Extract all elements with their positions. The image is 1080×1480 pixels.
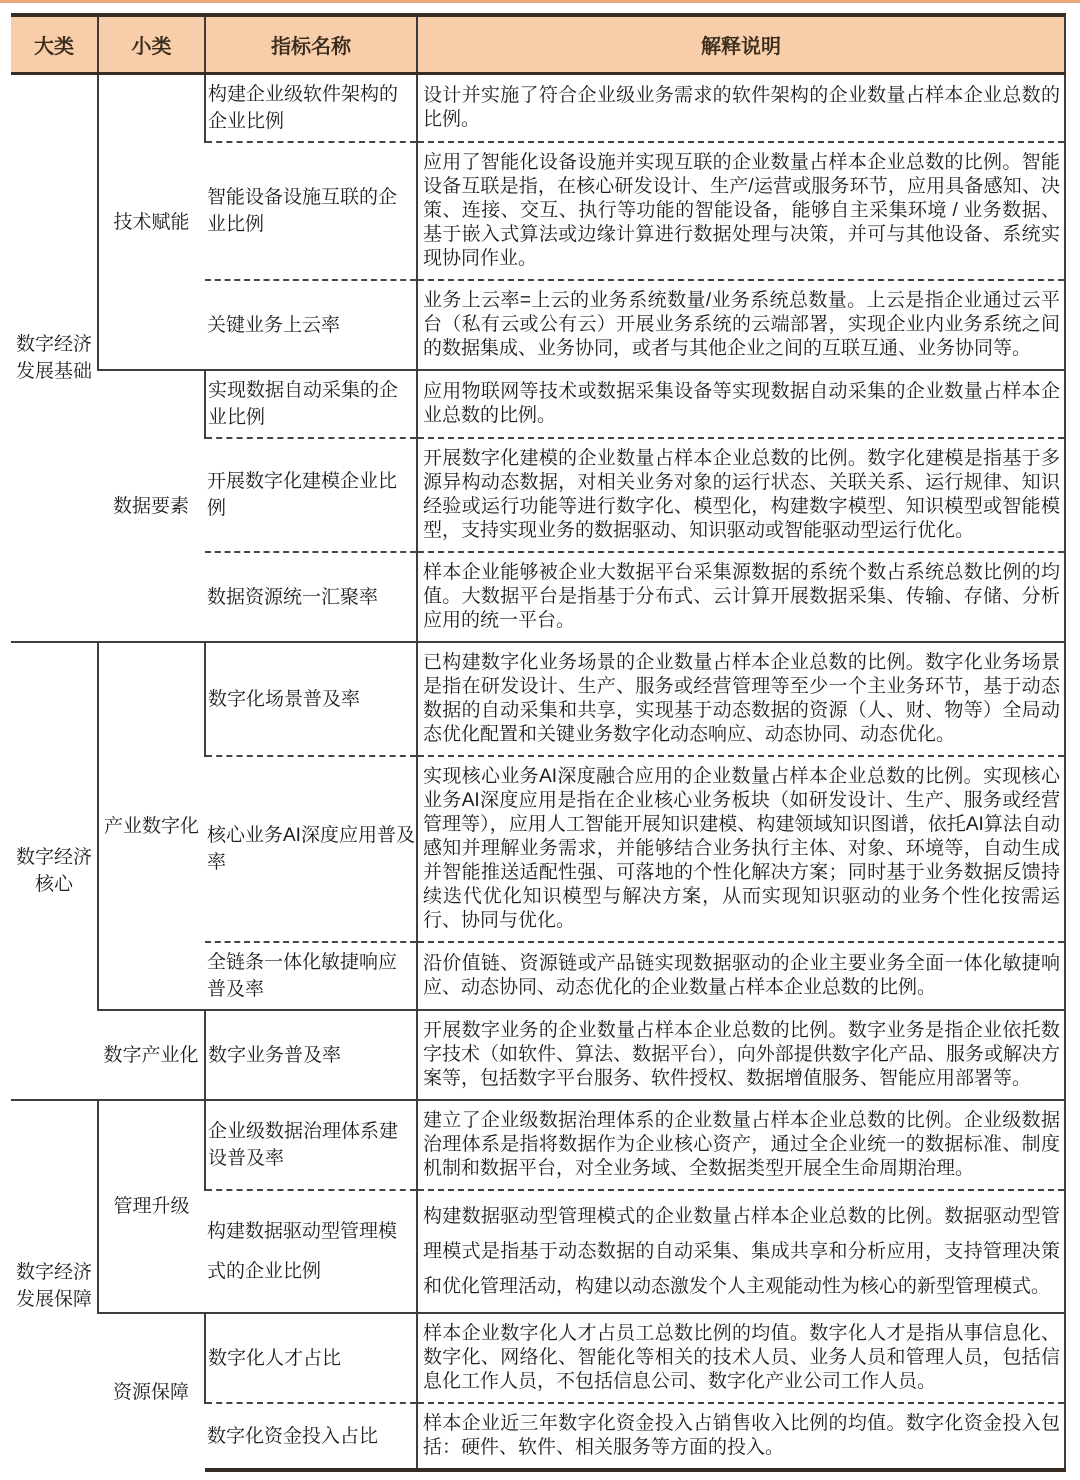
image-top-border — [0, 0, 1080, 3]
indicator-cell: 数字化人才占比 — [205, 1313, 417, 1403]
indicator-cell: 数字化资金投入占比 — [205, 1403, 417, 1470]
subcategory-cell: 数字产业化 — [98, 1010, 205, 1100]
indicator-cell: 核心业务AI深度应用普及率 — [205, 756, 417, 942]
subcategory-cell: 技术赋能 — [98, 74, 205, 371]
table-row: 数字经济核心 产业数字化 数字化场景普及率 已构建数字化业务场景的企业数量占样本… — [11, 642, 1065, 756]
explanation-cell: 样本企业近三年数字化资金投入占销售收入比例的均值。数字化资金投入包括：硬件、软件… — [417, 1403, 1065, 1470]
header-row: 大类 小类 指标名称 解释说明 — [11, 15, 1065, 74]
explanation-cell: 实现核心业务AI深度融合应用的企业数量占样本企业总数的比例。实现核心业务AI深度… — [417, 756, 1065, 942]
explanation-cell: 业务上云率=上云的业务系统数量/业务系统总数量。上云是指企业通过云平台（私有云或… — [417, 280, 1065, 370]
category-cell: 数字经济发展保障 — [11, 1100, 98, 1470]
explanation-cell: 开展数字业务的企业数量占样本企业总数的比例。数字业务是指企业依托数字技术（如软件… — [417, 1010, 1065, 1100]
header-category: 大类 — [11, 15, 98, 74]
explanation-cell: 应用了智能化设备设施并实现互联的企业数量占样本企业总数的比例。智能设备互联是指，… — [417, 142, 1065, 280]
indicator-cell: 构建数据驱动型管理模式的企业比例 — [205, 1190, 417, 1313]
table-row: 数字产业化 数字业务普及率 开展数字业务的企业数量占样本企业总数的比例。数字业务… — [11, 1010, 1065, 1100]
explanation-cell: 样本企业能够被企业大数据平台采集源数据的系统个数占系统总数比例的均值。大数据平台… — [417, 552, 1065, 642]
explanation-cell: 样本企业数字化人才占员工总数比例的均值。数字化人才是指从事信息化、数字化、网络化… — [417, 1313, 1065, 1403]
explanation-cell: 设计并实施了符合企业级业务需求的软件架构的企业数量占样本企业总数的比例。 — [417, 74, 1065, 143]
explanation-cell: 建立了企业级数据治理体系的企业数量占样本企业总数的比例。企业级数据治理体系是指将… — [417, 1100, 1065, 1190]
table-row: 数字经济发展基础 技术赋能 构建企业级软件架构的企业比例 设计并实施了符合企业级… — [11, 74, 1065, 143]
header-explanation: 解释说明 — [417, 15, 1065, 74]
subcategory-cell: 资源保障 — [98, 1313, 205, 1470]
subcategory-cell: 管理升级 — [98, 1100, 205, 1313]
indicator-cell: 数字业务普及率 — [205, 1010, 417, 1100]
table-row: 数字经济发展保障 管理升级 企业级数据治理体系建设普及率 建立了企业级数据治理体… — [11, 1100, 1065, 1190]
subcategory-cell: 数据要素 — [98, 370, 205, 642]
indicator-table: 大类 小类 指标名称 解释说明 数字经济发展基础 技术赋能 构建企业级软件架构的… — [11, 13, 1066, 1472]
indicator-cell: 开展数字化建模企业比例 — [205, 438, 417, 552]
indicator-cell: 构建企业级软件架构的企业比例 — [205, 74, 417, 143]
category-cell: 数字经济核心 — [11, 642, 98, 1100]
indicator-cell: 企业级数据治理体系建设普及率 — [205, 1100, 417, 1190]
header-subcategory: 小类 — [98, 15, 205, 74]
indicator-cell: 全链条一体化敏捷响应普及率 — [205, 942, 417, 1010]
indicator-cell: 实现数据自动采集的企业比例 — [205, 370, 417, 438]
indicator-cell: 智能设备设施互联的企业比例 — [205, 142, 417, 280]
category-cell: 数字经济发展基础 — [11, 74, 98, 643]
indicator-cell: 数据资源统一汇聚率 — [205, 552, 417, 642]
document-page: 大类 小类 指标名称 解释说明 数字经济发展基础 技术赋能 构建企业级软件架构的… — [0, 0, 1080, 1472]
explanation-cell: 已构建数字化业务场景的企业数量占样本企业总数的比例。数字化业务场景是指在研发设计… — [417, 642, 1065, 756]
table-row: 资源保障 数字化人才占比 样本企业数字化人才占员工总数比例的均值。数字化人才是指… — [11, 1313, 1065, 1403]
indicator-cell: 数字化场景普及率 — [205, 642, 417, 756]
header-indicator-name: 指标名称 — [205, 15, 417, 74]
indicator-cell: 关键业务上云率 — [205, 280, 417, 370]
subcategory-cell: 产业数字化 — [98, 642, 205, 1010]
explanation-cell: 开展数字化建模的企业数量占样本企业总数的比例。数字化建模是指基于多源异构动态数据… — [417, 438, 1065, 552]
table-row: 数据要素 实现数据自动采集的企业比例 应用物联网等技术或数据采集设备等实现数据自… — [11, 370, 1065, 438]
explanation-cell: 构建数据驱动型管理模式的企业数量占样本企业总数的比例。数据驱动型管理模式是指基于… — [417, 1190, 1065, 1313]
explanation-cell: 应用物联网等技术或数据采集设备等实现数据自动采集的企业数量占样本企业总数的比例。 — [417, 370, 1065, 438]
explanation-cell: 沿价值链、资源链或产品链实现数据驱动的企业主要业务全面一体化敏捷响应、动态协同、… — [417, 942, 1065, 1010]
